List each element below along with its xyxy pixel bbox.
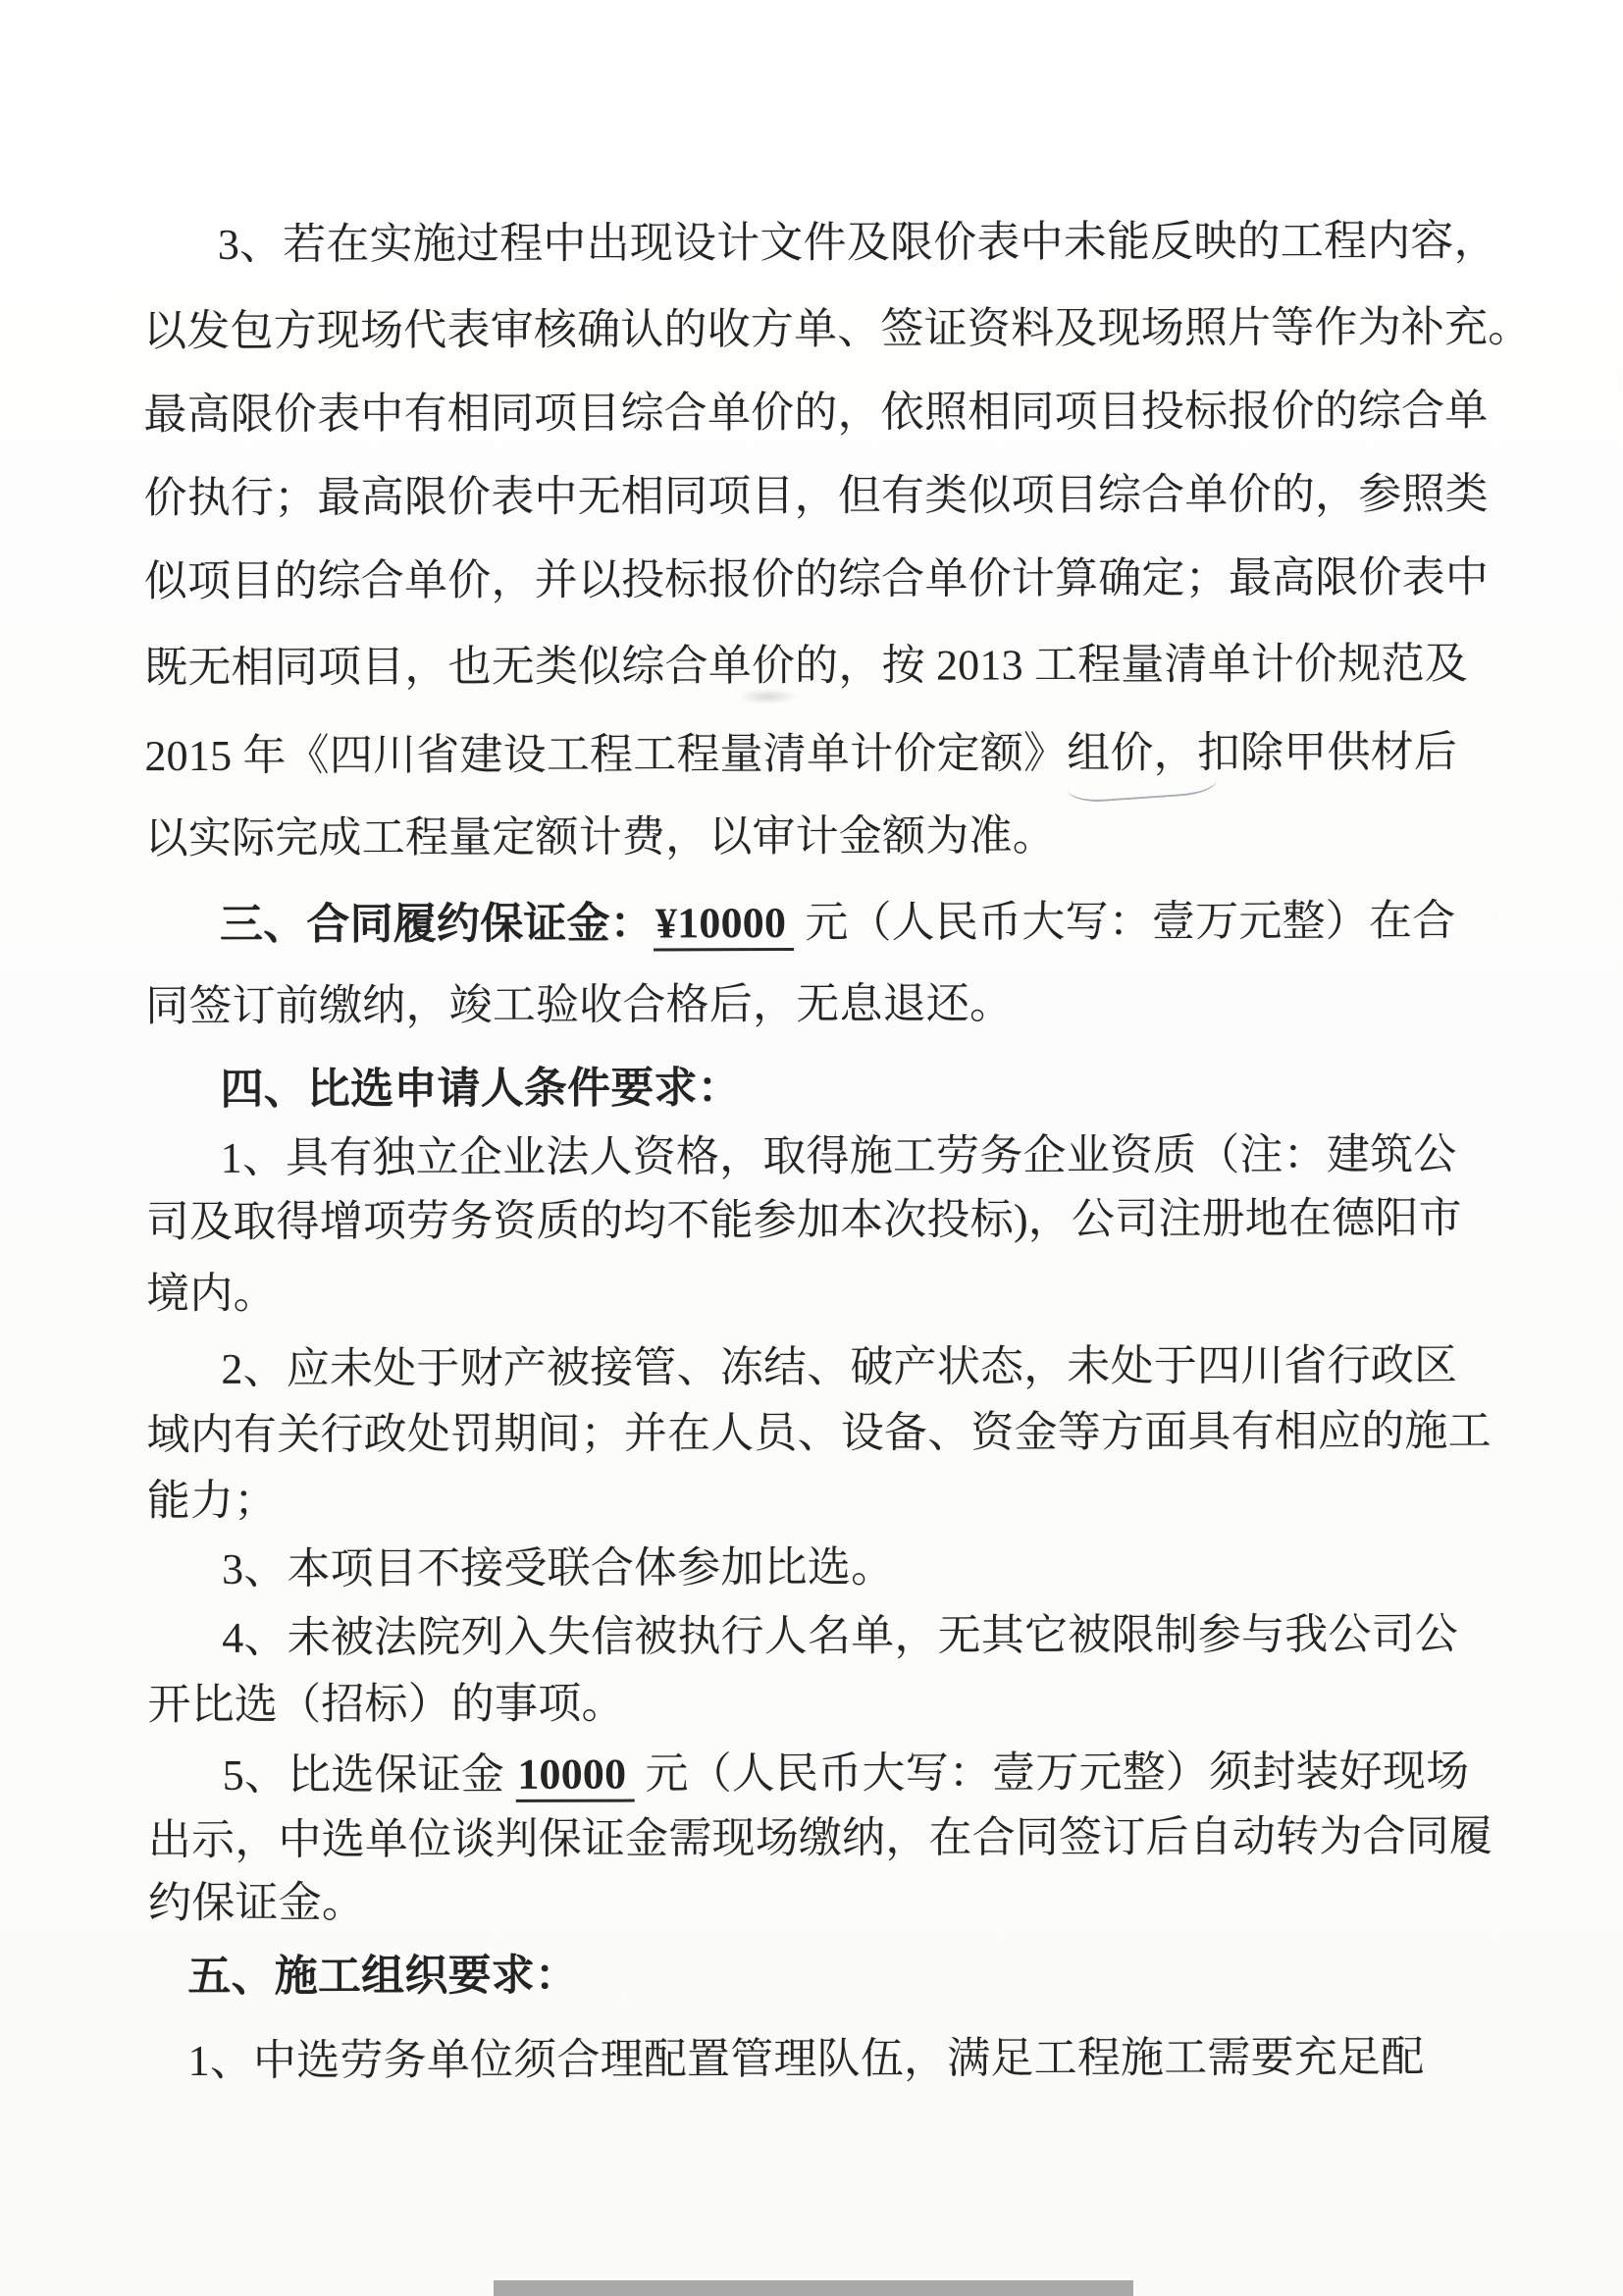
- section-3-label: 三、合同履约保证金：: [220, 899, 654, 948]
- para-3-line-1: 3、若在实施过程中出现设计文件及限价表中未能反映的工程内容，: [143, 213, 1568, 275]
- item-2-line-2: 域内有关行政处罚期间；并在人员、设备、资金等方面具有相应的施工: [147, 1403, 1497, 1464]
- scanned-document-page: { "page": { "background": "#fdfdfc", "in…: [0, 0, 1623, 2296]
- item-5-line-3: 约保证金。: [148, 1871, 1498, 1932]
- para-3-line-3: 最高限价表中有相同项目综合单价的，依照相同项目投标报价的综合单: [143, 383, 1493, 444]
- para-3-line-7: 2015 年《四川省建设工程工程量清单计价定额》组价，扣除甲供材后: [144, 724, 1494, 785]
- section-3-line-2: 同签订前缴纳，竣工验收合格后，无息退还。: [145, 974, 1495, 1035]
- para-3-line-2: 以发包方现场代表审核确认的收方单、签证资料及现场照片等作为补充。: [143, 299, 1493, 360]
- performance-bond-amount: ¥10000: [654, 899, 794, 951]
- para-3-line-6: 既无相同项目，也无类似综合单价的，按 2013 工程量清单计价规范及: [144, 636, 1494, 697]
- item-5-line-1: 5、比选保证金 10000 元（人民币大写：壹万元整）须封装好现场: [148, 1744, 1573, 1805]
- scan-smudge-mark: [738, 689, 797, 704]
- item-4-line-1: 4、未被法院列入失信被执行人名单，无其它被限制参与我公司公: [147, 1606, 1572, 1668]
- item-2-line-3: 能力；: [147, 1469, 1497, 1530]
- item-2-line-1: 2、应未处于财产被接管、冻结、破产状态，未处于四川省行政区: [146, 1337, 1571, 1399]
- bid-bond-amount: 10000: [515, 1750, 634, 1802]
- item-1-line-3: 境内。: [146, 1262, 1496, 1323]
- item-5-line-2: 出示，中选单位谈判保证金需现场缴纳，在合同签订后自动转为合同履: [148, 1808, 1498, 1869]
- para-3-line-4: 价执行；最高限价表中无相同项目，但有类似项目综合单价的，参照类: [144, 466, 1494, 527]
- section-4-heading: 四、比选申请人条件要求：: [145, 1058, 1570, 1120]
- section-3-heading-line: 三、合同履约保证金：¥10000 元（人民币大写：壹万元整）在合: [145, 893, 1570, 955]
- item-3-line-1: 3、本项目不接受联合体参加比选。: [147, 1538, 1572, 1599]
- section-3-rest: 元（人民币大写：壹万元整）在合: [794, 897, 1455, 947]
- section-5-item-1-line-1: 1、中选劳务单位须合理配置管理队伍，满足工程施工需要充足配: [149, 2029, 1539, 2090]
- document-body: 3、若在实施过程中出现设计文件及限价表中未能反映的工程内容， 以发包方现场代表审…: [0, 0, 1623, 2296]
- item-1-line-1: 1、具有独立企业法人资格，取得施工劳务企业资质（注：建筑公: [146, 1126, 1571, 1188]
- section-5-heading: 五、施工组织要求：: [148, 1945, 1538, 2006]
- item-5-rest: 元（人民币大写：壹万元整）须封装好现场: [634, 1748, 1469, 1799]
- para-3-line-8: 以实际完成工程量定额计费，以审计金额为准。: [145, 807, 1495, 867]
- item-5-prefix: 5、比选保证金: [223, 1750, 516, 1800]
- item-4-line-2: 开比选（招标）的事项。: [147, 1673, 1497, 1734]
- para-3-line-5: 似项目的综合单价，并以投标报价的综合单价计算确定；最高限价表中: [144, 549, 1494, 610]
- scanner-artifact-bar: [494, 2280, 1133, 2296]
- item-1-line-2: 司及取得增项劳务资质的均不能参加本次投标)，公司注册地在德阳市: [146, 1190, 1496, 1251]
